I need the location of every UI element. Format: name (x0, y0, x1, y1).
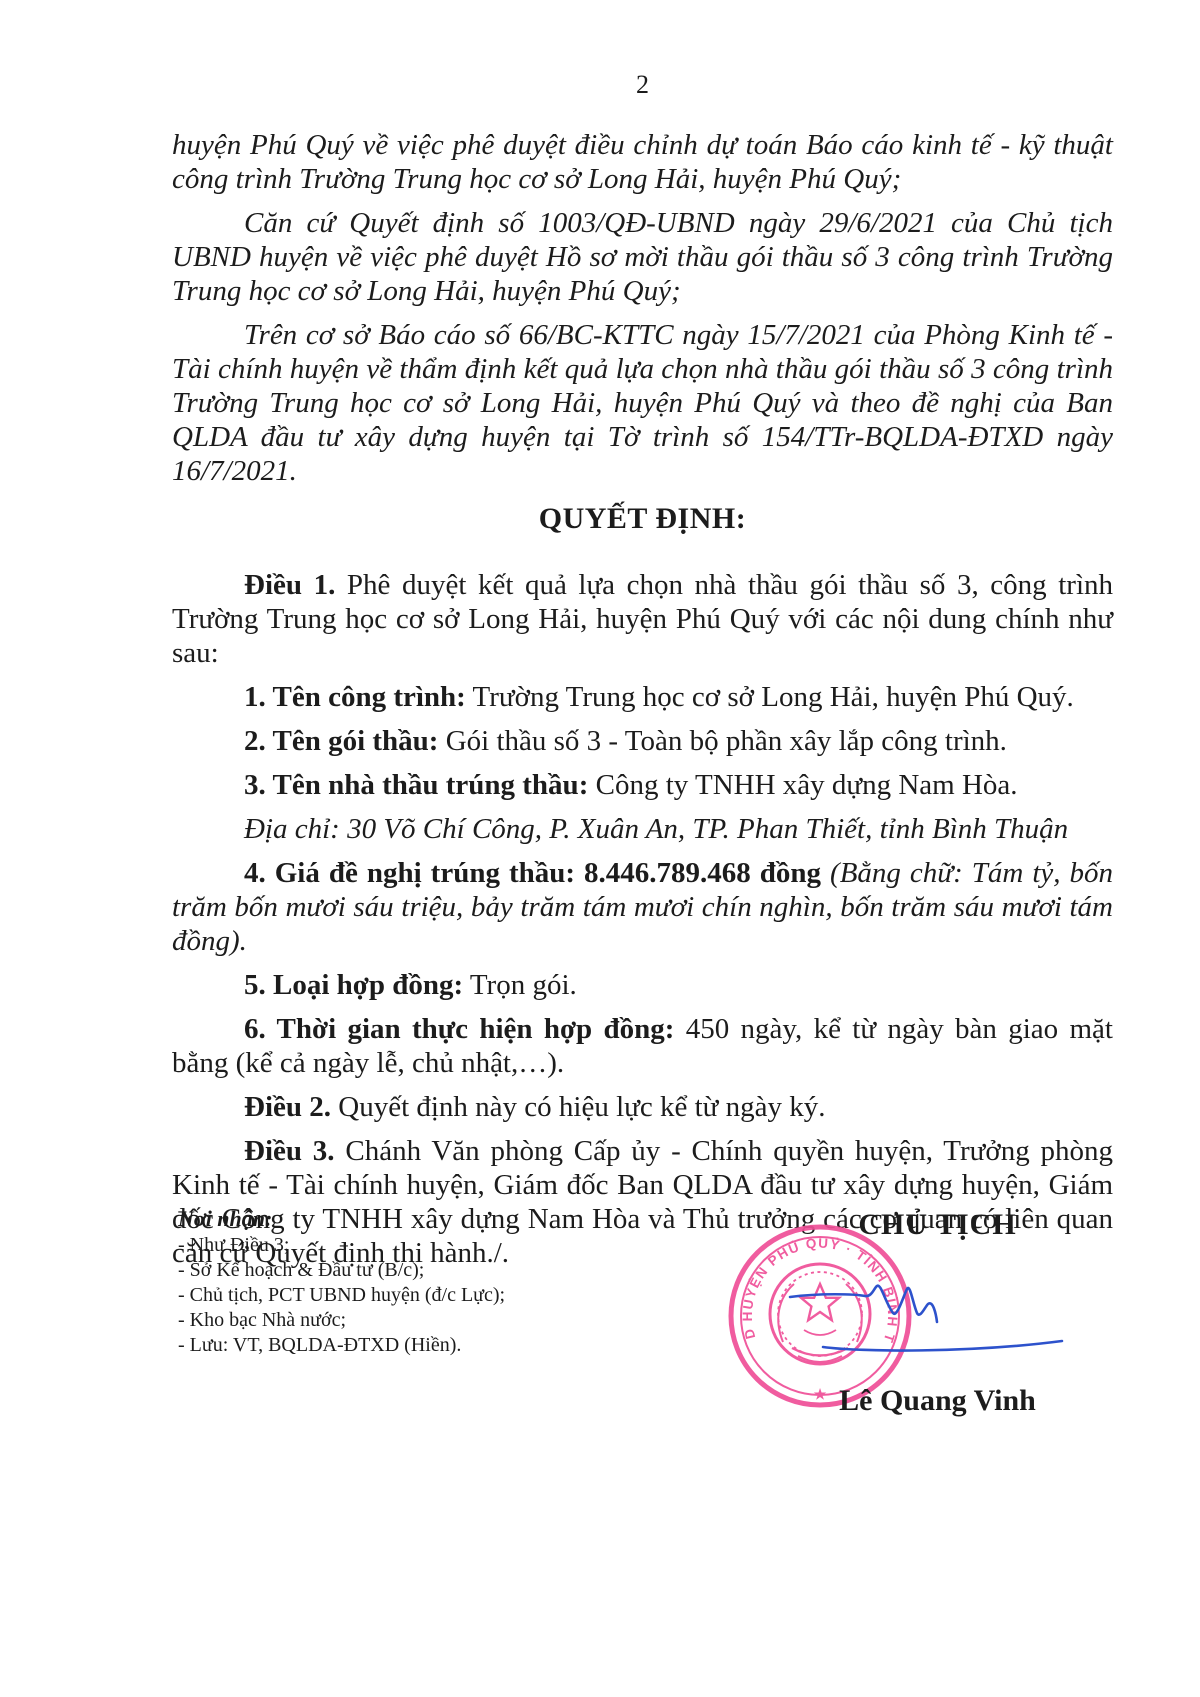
recipients-title: Nơi nhận: (178, 1205, 505, 1233)
article-1-label: Điều 1. (244, 569, 335, 601)
item-5-contract-type: 5. Loại hợp đồng: Trọn gói. (172, 968, 1113, 1002)
article-2-label: Điều 2. (244, 1091, 331, 1123)
preamble-paragraph-can-cu: Căn cứ Quyết định số 1003/QĐ-UBND ngày 2… (172, 206, 1113, 308)
article-3-label: Điều 3. (244, 1135, 335, 1167)
item-1-label: 1. Tên công trình: (244, 681, 466, 713)
signer-name: Lê Quang Vinh (785, 1384, 1090, 1418)
contractor-address: Địa chỉ: 30 Võ Chí Công, P. Xuân An, TP.… (172, 812, 1113, 846)
item-2-text: Gói thầu số 3 - Toàn bộ phần xây lắp côn… (438, 725, 1006, 757)
item-6-label: 6. Thời gian thực hiện hợp đồng: (244, 1013, 674, 1045)
item-1-project-name: 1. Tên công trình: Trường Trung học cơ s… (172, 680, 1113, 714)
recipient-item: - Như Điều 3; (178, 1233, 505, 1258)
item-5-text: Trọn gói. (463, 969, 577, 1001)
item-5-label: 5. Loại hợp đồng: (244, 969, 463, 1001)
item-3-text: Công ty TNHH xây dựng Nam Hòa. (588, 769, 1017, 801)
recipient-item: - Sở Kế hoạch & Đầu tư (B/c); (178, 1258, 505, 1283)
preamble-paragraph-continuation: huyện Phú Quý về việc phê duyệt điều chỉ… (172, 128, 1113, 196)
preamble-text-2: Căn cứ Quyết định số 1003/QĐ-UBND ngày 2… (172, 207, 1113, 307)
article-2-text: Quyết định này có hiệu lực kể từ ngày ký… (331, 1091, 826, 1123)
item-2-package-name: 2. Tên gói thầu: Gói thầu số 3 - Toàn bộ… (172, 724, 1113, 758)
item-3-winning-contractor: 3. Tên nhà thầu trúng thầu: Công ty TNHH… (172, 768, 1113, 802)
contractor-address-text: Địa chỉ: 30 Võ Chí Công, P. Xuân An, TP.… (244, 813, 1068, 845)
item-1-text: Trường Trung học cơ sở Long Hải, huyện P… (466, 681, 1074, 713)
article-1: Điều 1. Phê duyệt kết quả lựa chọn nhà t… (172, 568, 1113, 670)
decision-document-page-2: 2 huyện Phú Quý về việc phê duyệt điều c… (0, 0, 1200, 1697)
article-2: Điều 2. Quyết định này có hiệu lực kể từ… (172, 1090, 1113, 1124)
recipient-item: - Lưu: VT, BQLDA-ĐTXD (Hiền). (178, 1333, 505, 1358)
recipients-block: Nơi nhận: - Như Điều 3; - Sở Kế hoạch & … (178, 1205, 505, 1358)
recipient-item: - Kho bạc Nhà nước; (178, 1308, 505, 1333)
document-page: { "page_number": "2", "preamble": [ { "t… (0, 0, 1200, 1697)
item-4-label: 4. Giá đề nghị trúng thầu: 8.446.789.468… (244, 857, 830, 889)
page-number: 2 (172, 70, 1113, 100)
handwritten-signature (720, 1270, 1080, 1360)
recipient-item: - Chủ tịch, PCT UBND huyện (đ/c Lực); (178, 1283, 505, 1308)
decree-heading: QUYẾT ĐỊNH: (172, 502, 1113, 536)
preamble-text-1: huyện Phú Quý về việc phê duyệt điều chỉ… (172, 129, 1113, 195)
preamble-text-3: Trên cơ sở Báo cáo số 66/BC-KTTC ngày 15… (172, 319, 1113, 487)
item-6-contract-duration: 6. Thời gian thực hiện hợp đồng: 450 ngà… (172, 1012, 1113, 1080)
item-2-label: 2. Tên gói thầu: (244, 725, 438, 757)
item-3-label: 3. Tên nhà thầu trúng thầu: (244, 769, 588, 801)
item-4-winning-price: 4. Giá đề nghị trúng thầu: 8.446.789.468… (172, 856, 1113, 958)
preamble-paragraph-tren-co-so: Trên cơ sở Báo cáo số 66/BC-KTTC ngày 15… (172, 318, 1113, 488)
